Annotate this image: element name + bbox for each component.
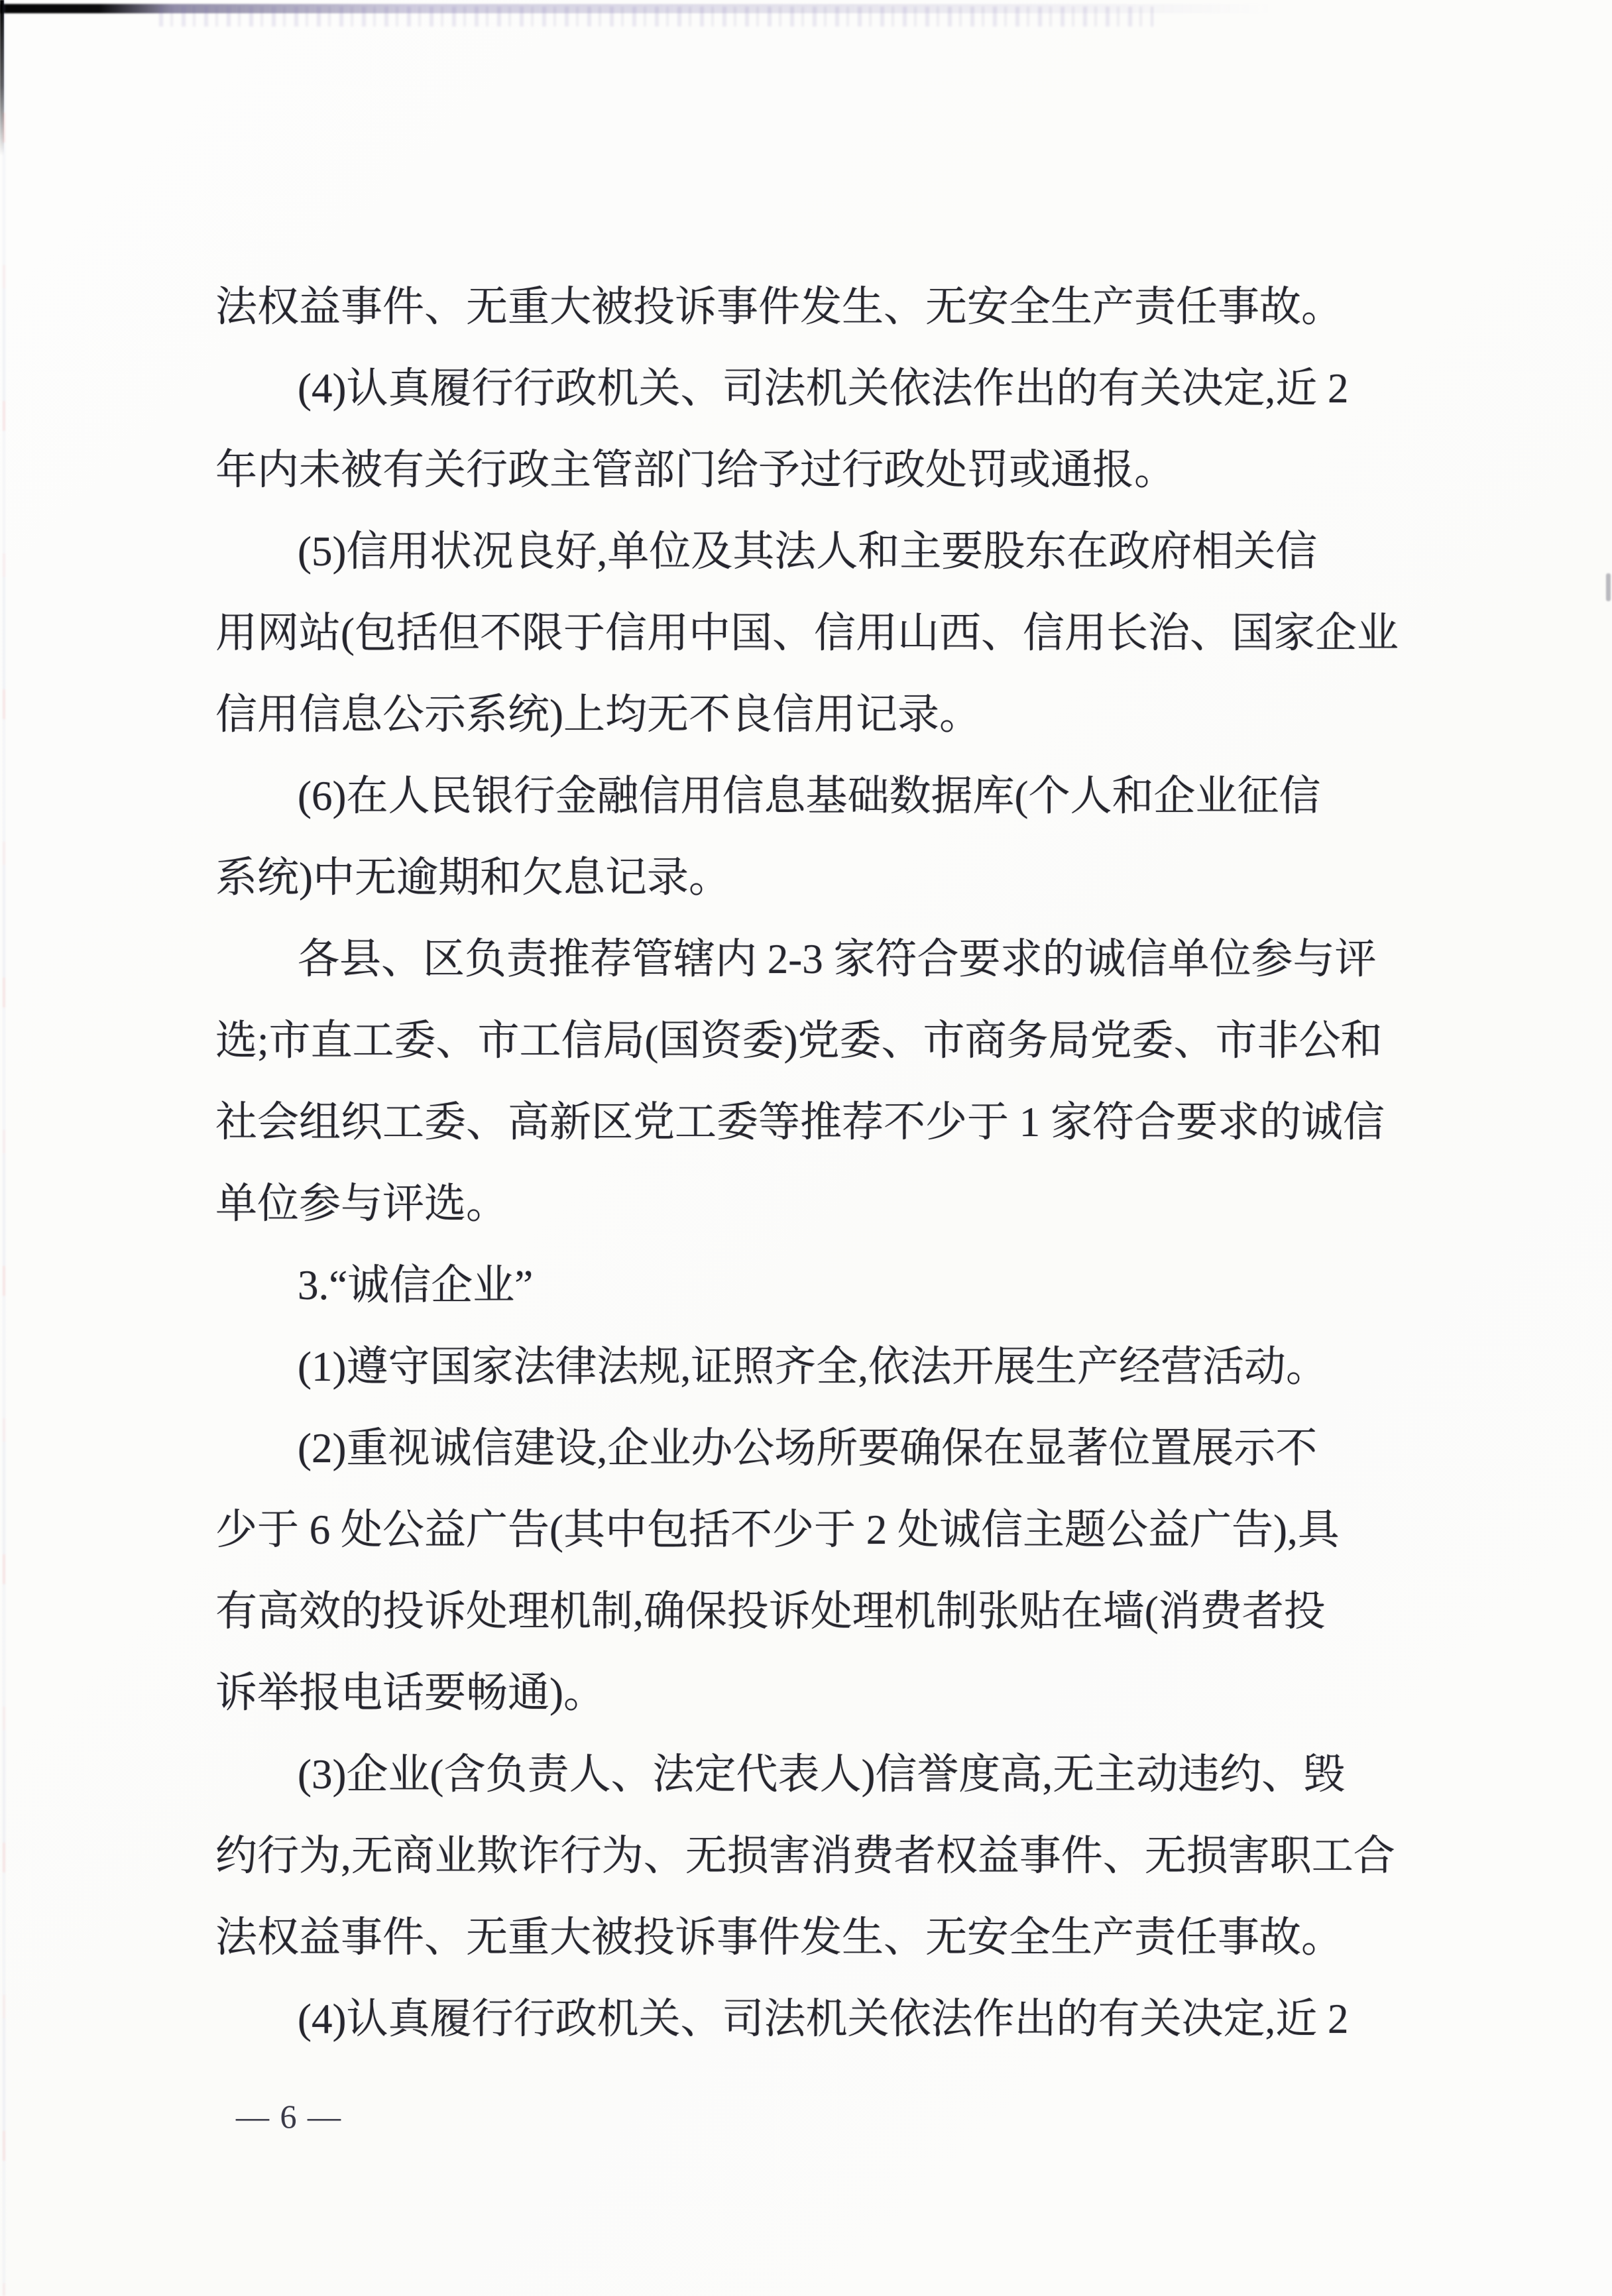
document-body: 法权益事件、无重大被投诉事件发生、无安全生产责任事故。(4)认真履行行政机关、司…: [0, 0, 1612, 2296]
document-line: (1)遵守国家法律法规,证照齐全,依法开展生产经营活动。: [298, 1346, 1328, 1388]
document-line: 各县、区负责推荐管辖内 2-3 家符合要求的诚信单位参与评: [298, 939, 1376, 980]
document-line: 选;市直工委、市工信局(国资委)党委、市商务局党委、市非公和: [215, 1020, 1382, 1062]
document-line: 有高效的投诉处理机制,确保投诉处理机制张贴在墙(消费者投: [215, 1591, 1326, 1633]
document-line: 信用信息公示系统)上均无不良信用记录。: [215, 694, 981, 736]
document-line: 少于 6 处公益广告(其中包括不少于 2 处诚信主题公益广告),具: [215, 1509, 1340, 1551]
document-line: 系统)中无逾期和欠息记录。: [215, 857, 730, 899]
document-line: (2)重视诚信建设,企业办公场所要确保在显著位置展示不: [298, 1428, 1317, 1469]
document-line: (5)信用状况良好,单位及其法人和主要股东在政府相关信: [298, 531, 1317, 573]
document-line: 约行为,无商业欺诈行为、无损害消费者权益事件、无损害职工合: [215, 1835, 1395, 1877]
document-line: 3.“诚信企业”: [298, 1265, 533, 1306]
document-line: (6)在人民银行金融信用信息基础数据库(个人和企业征信: [298, 775, 1320, 817]
scanned-page: 法权益事件、无重大被投诉事件发生、无安全生产责任事故。(4)认真履行行政机关、司…: [0, 0, 1612, 2296]
document-line: 年内未被有关行政主管部门给予过行政处罚或通报。: [215, 449, 1176, 491]
document-line: 法权益事件、无重大被投诉事件发生、无安全生产责任事故。: [215, 1917, 1343, 1959]
page-number: — 6 —: [236, 2100, 342, 2133]
document-line: 社会组织工委、高新区党工委等推荐不少于 1 家符合要求的诚信: [215, 1102, 1385, 1143]
document-line: (4)认真履行行政机关、司法机关依法作出的有关决定,近 2: [298, 368, 1348, 410]
document-line: 法权益事件、无重大被投诉事件发生、无安全生产责任事故。: [215, 286, 1343, 328]
document-line: 单位参与评选。: [215, 1183, 508, 1225]
document-line: 用网站(包括但不限于信用中国、信用山西、信用长治、国家企业: [215, 612, 1399, 654]
document-line: (3)企业(含负责人、法定代表人)信誉度高,无主动违约、毁: [298, 1754, 1345, 1796]
document-line: 诉举报电话要畅通)。: [215, 1672, 605, 1714]
document-line: (4)认真履行行政机关、司法机关依法作出的有关决定,近 2: [298, 1998, 1348, 2040]
